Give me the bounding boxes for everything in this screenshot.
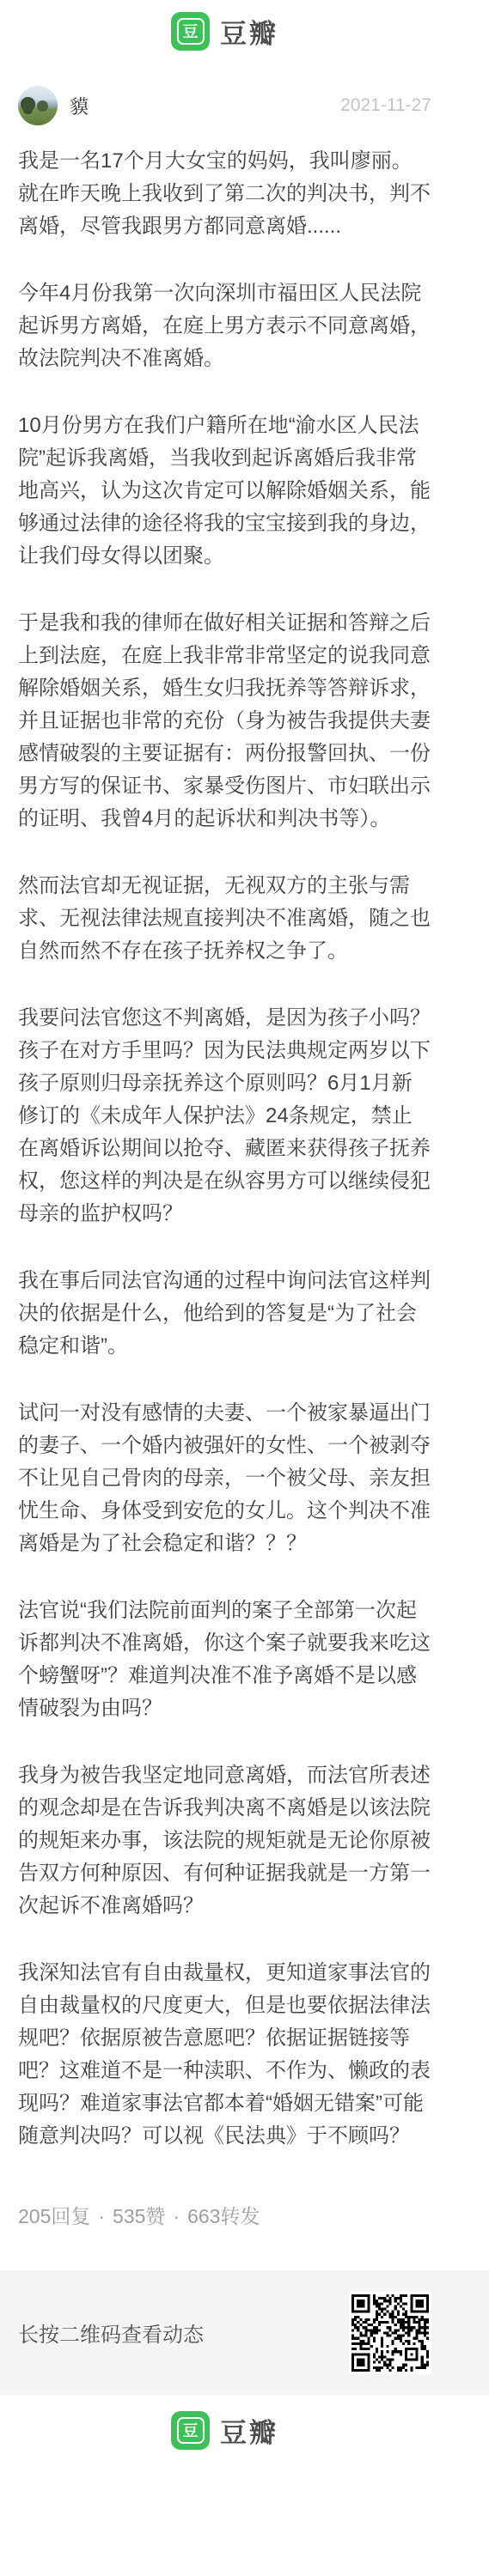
- brand-lockup: 豆 豆瓣: [18, 2411, 431, 2450]
- post-paragraph-2: 今年4月份我第一次向深圳市福田区人民法院起诉男方离婚，在庭上男方表示不同意离婚，…: [18, 277, 431, 375]
- user-row: 貘 2021-11-27: [0, 86, 489, 125]
- header: 豆 豆瓣: [0, 0, 489, 51]
- post-paragraph-1: 我是一名17个月大女宝的妈妈，我叫廖丽。就在昨天晚上我收到了第二次的判决书，判不…: [18, 145, 431, 243]
- douban-logo-icon: 豆: [171, 2411, 210, 2450]
- qr-section: 长按二维码查看动态: [0, 2270, 489, 2395]
- post-stats: 205回复·535赞·663转发: [0, 2201, 489, 2229]
- avatar: [18, 86, 58, 125]
- qr-finder-bottom-left: [351, 2353, 370, 2372]
- post-paragraph-3: 10月份男方在我们户籍所在地“渝水区人民法院”起诉我离婚，当我收到起诉离婚后我非…: [18, 410, 431, 573]
- douban-logo-icon: 豆: [171, 12, 210, 51]
- qr-hint-text: 长按二维码查看动态: [18, 2318, 204, 2348]
- brand-wordmark: 豆瓣: [220, 12, 278, 51]
- stats-separator: ·: [98, 2205, 105, 2227]
- douban-share-card: 豆 豆瓣 貘 2021-11-27 我是一名17个月大女宝的妈妈，我叫廖丽。就在…: [0, 0, 489, 2576]
- post-paragraph-5: 然而法官却无视证据，无视双方的主张与需求、无视法律法规直接判决不准离婚，随之也自…: [18, 870, 431, 968]
- post-paragraph-9: 法官说“我们法院前面判的案子全部第一次起诉都判决不准离婚，你这个案子就要我来吃这…: [18, 1595, 431, 1725]
- post-paragraph-4: 于是我和我的律师在做好相关证据和答辩之后上到法庭，在庭上我非常非常坚定的说我同意…: [18, 607, 431, 835]
- qr-alignment: [405, 2348, 419, 2361]
- qr-finder-top-right: [410, 2294, 429, 2313]
- qr-finder-top-left: [351, 2294, 370, 2313]
- post-date: 2021-11-27: [340, 95, 431, 116]
- reposts-count: 663转发: [187, 2205, 260, 2227]
- brand-wordmark: 豆瓣: [220, 2411, 278, 2450]
- footer: 豆 豆瓣: [0, 2411, 489, 2477]
- qr-code-image: [351, 2294, 429, 2372]
- douban-logo-glyph: 豆: [177, 2417, 205, 2444]
- post-body: 我是一名17个月大女宝的妈妈，我叫廖丽。就在昨天晚上我收到了第二次的判决书，判不…: [0, 145, 489, 2153]
- likes-count: 535赞: [113, 2205, 165, 2227]
- stats-separator: ·: [173, 2205, 180, 2227]
- brand-lockup: 豆 豆瓣: [18, 12, 431, 51]
- post-paragraph-10: 我身为被告我坚定地同意离婚，而法官所表述的观念却是在告诉我判决离不离婚是以该法院…: [18, 1759, 431, 1923]
- post-paragraph-8: 试问一对没有感情的夫妻、一个被家暴逼出门的妻子、一个婚内被强奸的女性、一个被剥夺…: [18, 1397, 431, 1560]
- post-paragraph-7: 我在事后同法官沟通的过程中询问法官这样判决的依据是什么，他给到的答复是“为了社会…: [18, 1265, 431, 1363]
- username: 貘: [70, 93, 89, 119]
- post-paragraph-11: 我深知法官有自由裁量权，更知道家事法官的自由裁量权的尺度更大，但是也要依据法律法…: [18, 1957, 431, 2153]
- douban-logo-glyph: 豆: [177, 18, 205, 45]
- post-paragraph-6: 我要问法官您这不判离婚，是因为孩子小吗？孩子在对方手里吗？因为民法典规定两岁以下…: [18, 1002, 431, 1230]
- qr-code[interactable]: [349, 2292, 431, 2374]
- replies-count: 205回复: [18, 2205, 90, 2227]
